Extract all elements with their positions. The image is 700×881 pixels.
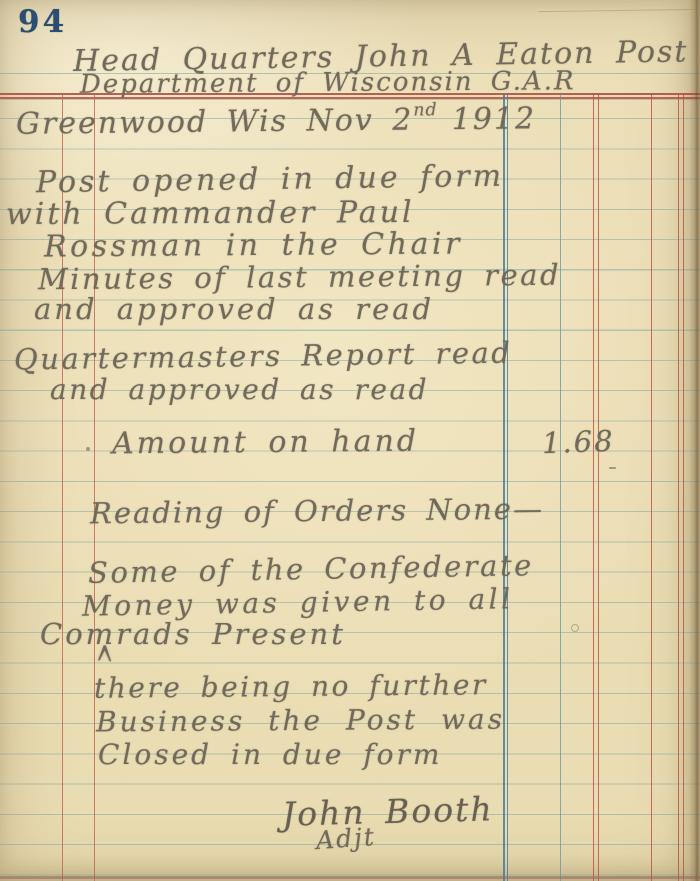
department-line: Department of Wisconsin G.A.R: [80, 68, 576, 97]
page-crease-top: [538, 9, 700, 12]
stray-mark: [609, 467, 616, 469]
column-rule-blue-a: [503, 94, 505, 881]
closing-line: there being no further: [94, 671, 488, 702]
dateline: Greenwood Wis Nov 2nd1912: [16, 101, 536, 139]
orders-line: Reading of Orders None—: [90, 495, 544, 529]
confederate-line: Comrads Present: [40, 620, 346, 649]
column-rule-red-c: [651, 94, 652, 881]
minutes-line: and approved as read: [34, 295, 434, 324]
page-edge-right: [689, 0, 700, 881]
insertion-caret: ^: [96, 648, 116, 669]
minutes-line: Minutes of last meeting read: [38, 261, 561, 295]
page-edge-bottom: [0, 876, 700, 879]
dateline-ordinal: nd: [413, 100, 438, 120]
column-rule-blue-b: [507, 94, 508, 881]
confederate-line: Money was given to all: [82, 585, 514, 621]
minutes-line: Rossman in the Chair: [44, 230, 463, 263]
column-rule-red-d: [678, 94, 679, 881]
column-rule-red-b: [598, 94, 599, 881]
closing-line: Closed in due form: [98, 741, 442, 769]
signature-title: Adjt: [315, 824, 376, 853]
quartermaster-line: Quartermasters Report read: [14, 339, 513, 375]
amount-label: Amount on hand: [112, 427, 419, 460]
stray-mark: [86, 447, 90, 451]
minutes-line: Post opened in due form: [36, 162, 504, 199]
page-number: 94: [18, 4, 67, 40]
minutes-line: with Cammander Paul: [6, 198, 415, 230]
amount-value: 1.68: [542, 427, 616, 459]
dateline-place: Greenwood Wis Nov 2: [16, 103, 414, 142]
signature-name: John Booth: [282, 792, 494, 831]
dateline-year: 1912: [452, 101, 537, 137]
column-rule-blue-c: [560, 94, 561, 881]
ledger-page: 94 Head Quarters John A Eaton Post No 21…: [0, 0, 700, 881]
stray-mark: [571, 624, 579, 632]
quartermaster-line: and approved as read: [50, 376, 429, 404]
closing-line: Business the Post was: [96, 706, 505, 737]
column-rule-red-e: [683, 94, 684, 881]
column-rule-red-a: [593, 94, 594, 881]
